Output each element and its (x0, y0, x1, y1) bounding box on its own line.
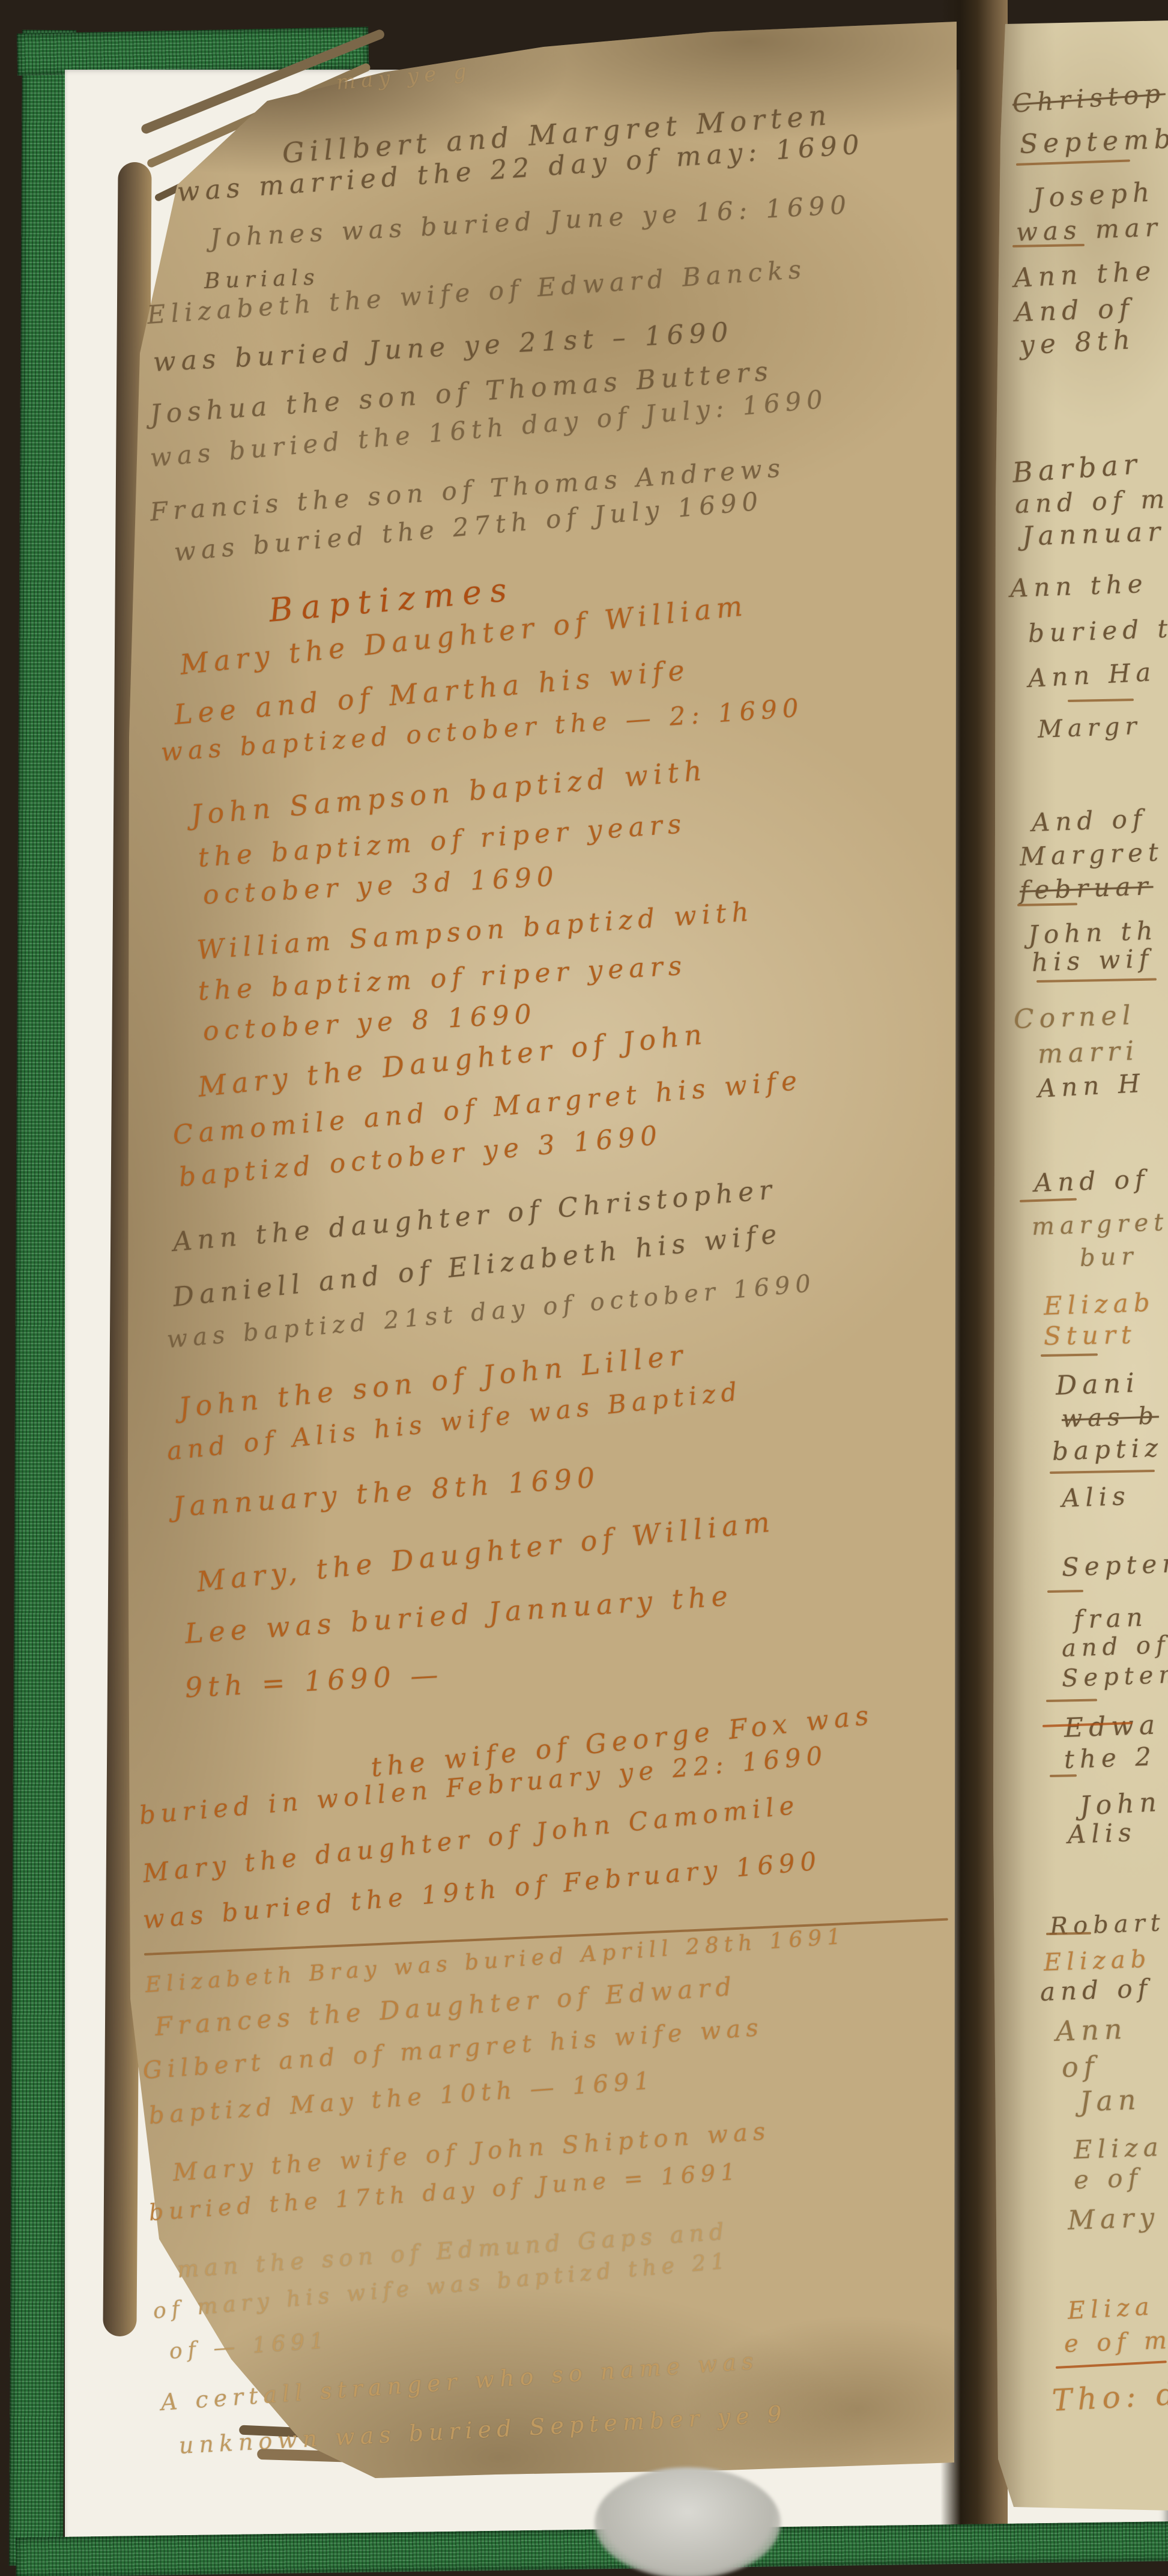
manuscript-line-right: Christop (1011, 78, 1166, 118)
manuscript-line-left: unknown was buried September ye 9 (178, 2401, 788, 2459)
manuscript-line-right: Eliza (1067, 2293, 1155, 2325)
manuscript-line-right: Mary (1067, 2202, 1160, 2236)
manuscript-line-right: Cornel (1013, 1000, 1136, 1035)
manuscript-line-right: Septem (1061, 1548, 1168, 1582)
manuscript-line-left: 9th = 1690 — (184, 1658, 444, 1703)
ink-rule (1017, 903, 1077, 906)
manuscript-line-left: Elizabeth Bray was buried Aprill 28th 16… (145, 1924, 847, 1998)
manuscript-line-right: was mar (1015, 213, 1163, 247)
ink-rule (1046, 1699, 1097, 1702)
manuscript-line-right: of (1061, 2050, 1100, 2084)
manuscript-line-right: and of (1061, 1631, 1168, 1662)
manuscript-line-left: may ye g (335, 59, 473, 95)
ink-rule (1047, 1590, 1083, 1593)
manuscript-line-right: Ann the (1009, 569, 1148, 603)
ink-rule (1050, 1774, 1077, 1777)
manuscript-line-right: Alis (1067, 1817, 1137, 1849)
manuscript-line-right: Joseph (1032, 177, 1156, 214)
manuscript-line-right: Barbar (1011, 447, 1143, 489)
ink-rule (1056, 2360, 1167, 2369)
manuscript-line-right: Margr (1037, 712, 1142, 744)
manuscript-line-right: margret (1031, 1208, 1168, 1241)
manuscript-line-right: e of (1073, 2163, 1143, 2195)
manuscript-line-right: Ann (1055, 2013, 1128, 2047)
manuscript-line-right: februar (1019, 871, 1154, 905)
manuscript-line-right: ye 8th (1019, 324, 1136, 361)
manuscript-line-right: and of m (1014, 484, 1168, 519)
manuscript-line-right: And of (1031, 804, 1148, 837)
manuscript-line-right: the 2 (1064, 1742, 1157, 1774)
manuscript-line-left: Johnes was buried June ye 16: 1690 (210, 190, 852, 253)
manuscript-line-right: John (1079, 1787, 1163, 1822)
ink-rule (1016, 159, 1130, 166)
manuscript-line-right: Dani (1055, 1368, 1140, 1401)
manuscript-line-left: october ye 8 1690 (202, 999, 537, 1047)
manuscript-line-right: Tho: d (1051, 2377, 1168, 2418)
manuscript-line-right: Eliza (1073, 2132, 1164, 2165)
ink-rule (1041, 1353, 1098, 1357)
manuscript-line-right: baptiz (1052, 1433, 1164, 1466)
ink-rule (1012, 244, 1085, 247)
manuscript-line-right: Edwa (1064, 1709, 1161, 1744)
manuscript-line-right: And of (1014, 293, 1135, 328)
manuscript-line-right: and of (1039, 1973, 1153, 2007)
manuscript-line-right: Jan (1079, 2083, 1142, 2118)
manuscript-line-right: e of m (1064, 2327, 1168, 2358)
manuscript-line-right: And of (1033, 1164, 1150, 1198)
manuscript-line-right: Ann the (1013, 256, 1157, 294)
manuscript-line-right: Sturt (1044, 1320, 1137, 1351)
manuscript-line-right: Alis (1061, 1481, 1131, 1513)
ink-rule (1020, 1198, 1077, 1202)
manuscript-line-right: Ann H (1037, 1068, 1146, 1103)
manuscript-line-right: Septemb (1019, 124, 1168, 160)
manuscript-line-left: Jannuary the 8th 1690 (172, 1461, 601, 1523)
manuscript-line-right: Margret (1019, 837, 1164, 871)
manuscript-line-right: Elizab (1043, 1945, 1152, 1977)
ink-rule (1036, 978, 1157, 983)
manuscript-line-right: Robart (1049, 1909, 1166, 1941)
manuscript-line-right: Ann Ha (1027, 657, 1157, 693)
manuscript-line-right: buried t (1027, 614, 1168, 648)
ink-rule (1068, 699, 1134, 702)
manuscript-photo: may ye gGillbert and Margret Mortenwas m… (0, 0, 1168, 2576)
manuscript-line-right: marri (1037, 1035, 1140, 1070)
manuscript-line-right: Elizab (1043, 1288, 1155, 1321)
manuscript-line-right: Septem (1061, 1661, 1168, 1693)
manuscript-line-right: fran (1073, 1602, 1148, 1634)
manuscript-line-left: of — 1691 (169, 2328, 330, 2363)
manuscript-line-right: was b (1061, 1402, 1159, 1433)
manuscript-line-right: Jannuar (1021, 517, 1166, 552)
ink-rule (1050, 1470, 1155, 1474)
manuscript-line-right: his wif (1031, 944, 1154, 977)
handwriting-layer: may ye gGillbert and Margret Mortenwas m… (0, 0, 1168, 2576)
manuscript-line-right: bur (1079, 1243, 1139, 1272)
